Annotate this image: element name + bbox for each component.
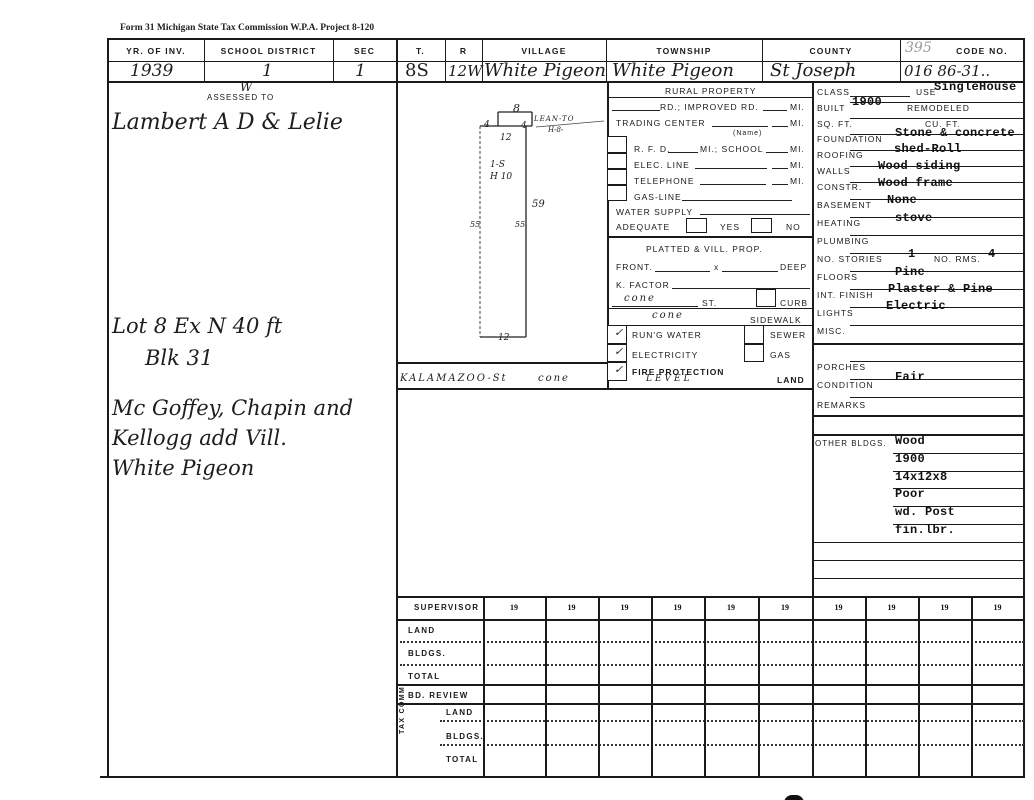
school-unit: MI. xyxy=(790,144,805,154)
valuation-cell[interactable] xyxy=(867,620,916,638)
floors-value[interactable]: Pine xyxy=(895,265,925,279)
lights-label: LIGHTS xyxy=(817,308,854,318)
year-header-8: 19 xyxy=(865,603,918,612)
valuation-cell[interactable] xyxy=(920,721,969,739)
header-yr-of-inv: YR. OF INV. xyxy=(108,46,204,56)
scan-mark xyxy=(784,795,804,800)
valuation-cell[interactable] xyxy=(973,685,1022,703)
value-township[interactable]: White Pigeon xyxy=(612,60,734,81)
valuation-cell[interactable] xyxy=(600,704,649,722)
valuation-cell[interactable] xyxy=(547,665,596,683)
valuation-cell[interactable] xyxy=(973,745,1022,763)
valuation-cell[interactable] xyxy=(760,620,810,638)
valuation-cell[interactable] xyxy=(814,620,863,638)
trading-center-unit: MI. xyxy=(790,118,805,128)
telephone-label: TELEPHONE xyxy=(634,176,695,186)
row-tc-total-label: TOTAL xyxy=(446,755,478,764)
valuation-cell[interactable] xyxy=(706,620,756,638)
year-header-4: 19 xyxy=(651,603,704,612)
porches-label: PORCHES xyxy=(817,362,866,372)
st-value[interactable]: cone xyxy=(624,293,656,304)
elec-line-unit: MI. xyxy=(790,160,805,170)
k-factor-label: K. FACTOR xyxy=(616,280,670,290)
assessed-to-label: ASSESSED TO xyxy=(207,93,274,102)
sketch-label-height: H 10 xyxy=(490,172,512,182)
legal-desc-line-1[interactable]: Lot 8 Ex N 40 ft xyxy=(112,314,282,338)
checkbox-elec-line[interactable] xyxy=(607,153,627,169)
form-caption: Form 31 Michigan State Tax Commission W.… xyxy=(120,23,374,33)
value-yr-of-inv[interactable]: 1939 xyxy=(130,61,173,81)
sketch-drawing xyxy=(396,81,607,362)
valuation-cell[interactable] xyxy=(485,721,543,739)
valuation-cell[interactable] xyxy=(760,685,810,703)
misc-label: MISC. xyxy=(817,326,846,336)
row-tc-land-label: LAND xyxy=(446,708,473,717)
st-label: ST. xyxy=(702,298,717,308)
row-tc-bldgs-label: BLDGS. xyxy=(446,732,484,741)
valuation-cell[interactable] xyxy=(706,745,756,763)
condition-value[interactable]: Fair xyxy=(895,370,925,384)
int-finish-label: INT. FINISH xyxy=(817,290,873,300)
check-mark-running-water: ✓ xyxy=(614,326,623,339)
valuation-cell[interactable] xyxy=(653,721,702,739)
gas-label: GAS xyxy=(770,350,791,360)
use-value[interactable]: SingleHouse xyxy=(934,80,1017,94)
value-village[interactable]: White Pigeon xyxy=(484,60,606,81)
valuation-cell[interactable] xyxy=(547,704,596,722)
constr-value[interactable]: Wood frame xyxy=(878,176,953,190)
valuation-cell[interactable] xyxy=(600,685,649,703)
remarks-label: REMARKS xyxy=(817,400,866,410)
heating-label: HEATING xyxy=(817,218,861,228)
valuation-cell[interactable] xyxy=(920,704,969,722)
valuation-cell[interactable] xyxy=(973,642,1022,660)
header-code-no: CODE NO. xyxy=(940,46,1024,56)
header-village: VILLAGE xyxy=(482,46,606,56)
adequate-label: ADEQUATE xyxy=(616,222,670,232)
valuation-cell[interactable] xyxy=(920,665,969,683)
gas-line-label: GAS-LINE xyxy=(634,192,682,202)
value-r[interactable]: 12W xyxy=(448,62,483,80)
valuation-cell[interactable] xyxy=(814,642,863,660)
no-rms-label: NO. RMS. xyxy=(934,254,981,264)
checkbox-curb[interactable] xyxy=(756,289,776,307)
valuation-cell[interactable] xyxy=(760,665,810,683)
assessed-annotation: W xyxy=(240,80,252,94)
valuation-cell[interactable] xyxy=(920,745,969,763)
roofing-value[interactable]: shed-Roll xyxy=(894,142,962,156)
valuation-cell[interactable] xyxy=(760,721,810,739)
sidewalk-value[interactable]: cone xyxy=(652,310,684,321)
valuation-cell[interactable] xyxy=(485,620,543,638)
value-t[interactable]: 8S xyxy=(405,60,429,81)
sketch-label-top-width: 8 xyxy=(513,102,520,115)
yes-label: YES xyxy=(720,222,740,232)
valuation-cell[interactable] xyxy=(547,685,596,703)
valuation-cell[interactable] xyxy=(814,704,863,722)
header-r: R xyxy=(445,46,482,56)
remodeled-label: REMODELED xyxy=(907,103,970,113)
other-bldgs-line-5[interactable]: wd. Post xyxy=(895,505,955,519)
year-header-1: 19 xyxy=(483,603,545,612)
valuation-cell[interactable] xyxy=(867,642,916,660)
valuation-cell[interactable] xyxy=(653,620,702,638)
year-header-2: 19 xyxy=(545,603,598,612)
valuation-cell[interactable] xyxy=(485,642,543,660)
legal-desc-line-3[interactable]: Mc Goffey, Chapin and xyxy=(112,396,353,420)
owner-name[interactable]: Lambert A D & Lelie xyxy=(112,110,343,135)
valuation-cell[interactable] xyxy=(867,745,916,763)
valuation-cell[interactable] xyxy=(547,620,596,638)
basement-value[interactable]: None xyxy=(887,193,917,207)
value-county[interactable]: St Joseph xyxy=(770,60,856,81)
year-header-9: 19 xyxy=(918,603,971,612)
header-county: COUNTY xyxy=(762,46,900,56)
year-header-6: 19 xyxy=(758,603,812,612)
legal-desc-line-4[interactable]: Kellogg add Vill. xyxy=(112,426,287,450)
value-code-no[interactable]: 016 86-31.. xyxy=(904,62,990,80)
platted-title: PLATTED & VILL. PROP. xyxy=(646,244,763,254)
street-note[interactable]: cone xyxy=(538,373,570,384)
row-total-label: TOTAL xyxy=(408,672,440,681)
sketch-label-side-left: 4 xyxy=(484,120,490,130)
valuation-cell[interactable] xyxy=(600,665,649,683)
valuation-cell[interactable] xyxy=(867,721,916,739)
no-rms-value[interactable]: 4 xyxy=(988,247,996,261)
valuation-cell[interactable] xyxy=(760,642,810,660)
valuation-cell[interactable] xyxy=(653,685,702,703)
valuation-cell[interactable] xyxy=(814,721,863,739)
row-bldgs-label: BLDGS. xyxy=(408,649,446,658)
valuation-cell[interactable] xyxy=(485,745,543,763)
checkbox-gas-line[interactable] xyxy=(607,185,627,201)
valuation-cell[interactable] xyxy=(867,685,916,703)
street-name[interactable]: KALAMAZOO-St xyxy=(400,373,508,384)
sketch-label-side-right: 4 xyxy=(521,121,527,131)
valuation-cell[interactable] xyxy=(867,665,916,683)
lights-value[interactable]: Electric xyxy=(886,299,946,313)
valuation-cell[interactable] xyxy=(867,704,916,722)
valuation-cell[interactable] xyxy=(653,642,702,660)
built-label: BUILT xyxy=(817,103,845,113)
valuation-cell[interactable] xyxy=(973,704,1022,722)
checkbox-gas[interactable] xyxy=(744,344,764,362)
valuation-cell[interactable] xyxy=(485,704,543,722)
condition-label: CONDITION xyxy=(817,380,874,390)
curb-label: CURB xyxy=(780,298,808,308)
valuation-cell[interactable] xyxy=(706,721,756,739)
header-sec: SEC xyxy=(333,46,396,56)
check-mark-electricity: ✓ xyxy=(614,345,623,358)
no-label: NO xyxy=(786,222,801,232)
valuation-cell[interactable] xyxy=(706,685,756,703)
header-township: TOWNSHIP xyxy=(606,46,762,56)
sketch-label-left-side: 55 xyxy=(470,220,480,229)
no-stories-label: NO. STORIES xyxy=(817,254,883,264)
valuation-cell[interactable] xyxy=(600,745,649,763)
valuation-cell[interactable] xyxy=(760,745,810,763)
valuation-cell[interactable] xyxy=(706,642,756,660)
other-bldgs-line-1[interactable]: Wood xyxy=(895,434,925,448)
year-header-7: 19 xyxy=(812,603,865,612)
valuation-cell[interactable] xyxy=(653,704,702,722)
sketch-label-right-side: 55 xyxy=(515,220,525,229)
other-bldgs-label: OTHER BLDGS. xyxy=(815,439,887,448)
rural-road-unit: MI. xyxy=(790,102,805,112)
sidewalk-label: SIDEWALK xyxy=(750,315,802,325)
checkbox-rfd[interactable] xyxy=(607,136,627,153)
valuation-cell[interactable] xyxy=(600,721,649,739)
valuation-cell[interactable] xyxy=(706,704,756,722)
trading-center-sub: (Name) xyxy=(733,130,762,137)
sketch-label-stories: 1-S xyxy=(490,160,505,170)
valuation-cell[interactable] xyxy=(814,685,863,703)
valuation-cell[interactable] xyxy=(920,642,969,660)
valuation-cell[interactable] xyxy=(653,665,702,683)
checkbox-adequate[interactable] xyxy=(686,218,707,233)
valuation-cell[interactable] xyxy=(706,665,756,683)
checkbox-sewer[interactable] xyxy=(744,325,764,344)
foundation-label: FOUNDATION xyxy=(817,134,883,144)
valuation-cell[interactable] xyxy=(653,745,702,763)
rfd-label: R. F. D. xyxy=(634,144,670,154)
checkbox-yes[interactable] xyxy=(751,218,772,233)
valuation-cell[interactable] xyxy=(920,685,969,703)
valuation-cell[interactable] xyxy=(760,704,810,722)
rural-title: RURAL PROPERTY xyxy=(665,86,756,96)
valuation-cell[interactable] xyxy=(973,620,1022,638)
valuation-cell[interactable] xyxy=(547,745,596,763)
valuation-cell[interactable] xyxy=(485,665,543,683)
water-supply-label: WATER SUPPLY xyxy=(616,207,693,217)
valuation-cell[interactable] xyxy=(814,665,863,683)
other-bldgs-line-2[interactable]: 1900 xyxy=(895,452,925,466)
roofing-label: ROOFING xyxy=(817,150,864,160)
constr-label: CONSTR. xyxy=(817,182,862,192)
year-header-3: 19 xyxy=(598,603,651,612)
heating-value[interactable]: stove xyxy=(895,211,933,225)
sketch-label-lean-to: LEAN-TO xyxy=(534,115,574,123)
walls-label: WALLS xyxy=(817,166,851,176)
running-water-label: RUN'G WATER xyxy=(632,330,702,340)
x-label: x xyxy=(714,262,719,272)
other-bldgs-line-3[interactable]: 14x12x8 xyxy=(895,470,948,484)
sketch-label-depth: 59 xyxy=(532,199,545,210)
legal-desc-line-5[interactable]: White Pigeon xyxy=(112,456,254,480)
valuation-cell[interactable] xyxy=(547,642,596,660)
walls-value[interactable]: Wood siding xyxy=(878,159,961,173)
value-sec[interactable]: 1 xyxy=(355,61,366,81)
valuation-cell[interactable] xyxy=(600,642,649,660)
land-label: LAND xyxy=(777,375,805,385)
valuation-cell[interactable] xyxy=(547,721,596,739)
valuation-cell[interactable] xyxy=(814,745,863,763)
no-stories-value[interactable]: 1 xyxy=(908,247,916,261)
legal-desc-line-2[interactable]: Blk 31 xyxy=(145,346,213,370)
valuation-cell[interactable] xyxy=(600,620,649,638)
foundation-value[interactable]: Stone & concrete xyxy=(895,126,1015,140)
valuation-cell[interactable] xyxy=(920,620,969,638)
code-annotation: 395 xyxy=(905,40,932,56)
header-t: T. xyxy=(396,46,445,56)
other-bldgs-line-6[interactable]: fin.lbr. xyxy=(895,523,955,537)
sketch-label-lean-to-height: H-8- xyxy=(548,126,563,134)
sketch-label-main-width: 12 xyxy=(500,133,511,143)
elec-line-label: ELEC. LINE xyxy=(634,160,690,170)
telephone-unit: MI. xyxy=(790,176,805,186)
year-header-10: 19 xyxy=(971,603,1024,612)
floors-label: FLOORS xyxy=(817,272,858,282)
rural-road-label: RD.; IMPROVED RD. xyxy=(660,102,759,112)
row-bd-review-label: BD. REVIEW xyxy=(408,691,469,700)
header-school-district: SCHOOL DISTRICT xyxy=(204,46,333,56)
built-value[interactable]: 1900 xyxy=(852,95,882,109)
sq-ft-label: SQ. FT. xyxy=(817,119,853,129)
plumbing-label: PLUMBING xyxy=(817,236,869,246)
school-label: MI.; SCHOOL xyxy=(700,144,763,154)
land-value[interactable]: LEVEL xyxy=(646,374,693,384)
check-mark-fire-protection: ✓ xyxy=(614,363,623,376)
checkbox-telephone[interactable] xyxy=(607,169,627,185)
trading-center-label: TRADING CENTER xyxy=(616,118,706,128)
front-label: FRONT. xyxy=(616,262,653,272)
valuation-cell[interactable] xyxy=(973,721,1022,739)
deep-label: DEEP xyxy=(780,262,807,272)
electricity-label: ELECTRICITY xyxy=(632,350,698,360)
sewer-label: SEWER xyxy=(770,330,806,340)
class-label: CLASS xyxy=(817,87,850,97)
valuation-cell[interactable] xyxy=(973,665,1022,683)
value-school-district[interactable]: 1 xyxy=(262,61,273,81)
year-header-5: 19 xyxy=(704,603,758,612)
supervisor-label: SUPERVISOR xyxy=(414,603,479,612)
row-land-label: LAND xyxy=(408,626,435,635)
int-finish-value[interactable]: Plaster & Pine xyxy=(888,282,993,296)
other-bldgs-line-4[interactable]: Poor xyxy=(895,487,925,501)
sketch-label-bottom-width: 12 xyxy=(498,333,509,343)
valuation-cell[interactable] xyxy=(485,685,543,703)
basement-label: BASEMENT xyxy=(817,200,872,210)
